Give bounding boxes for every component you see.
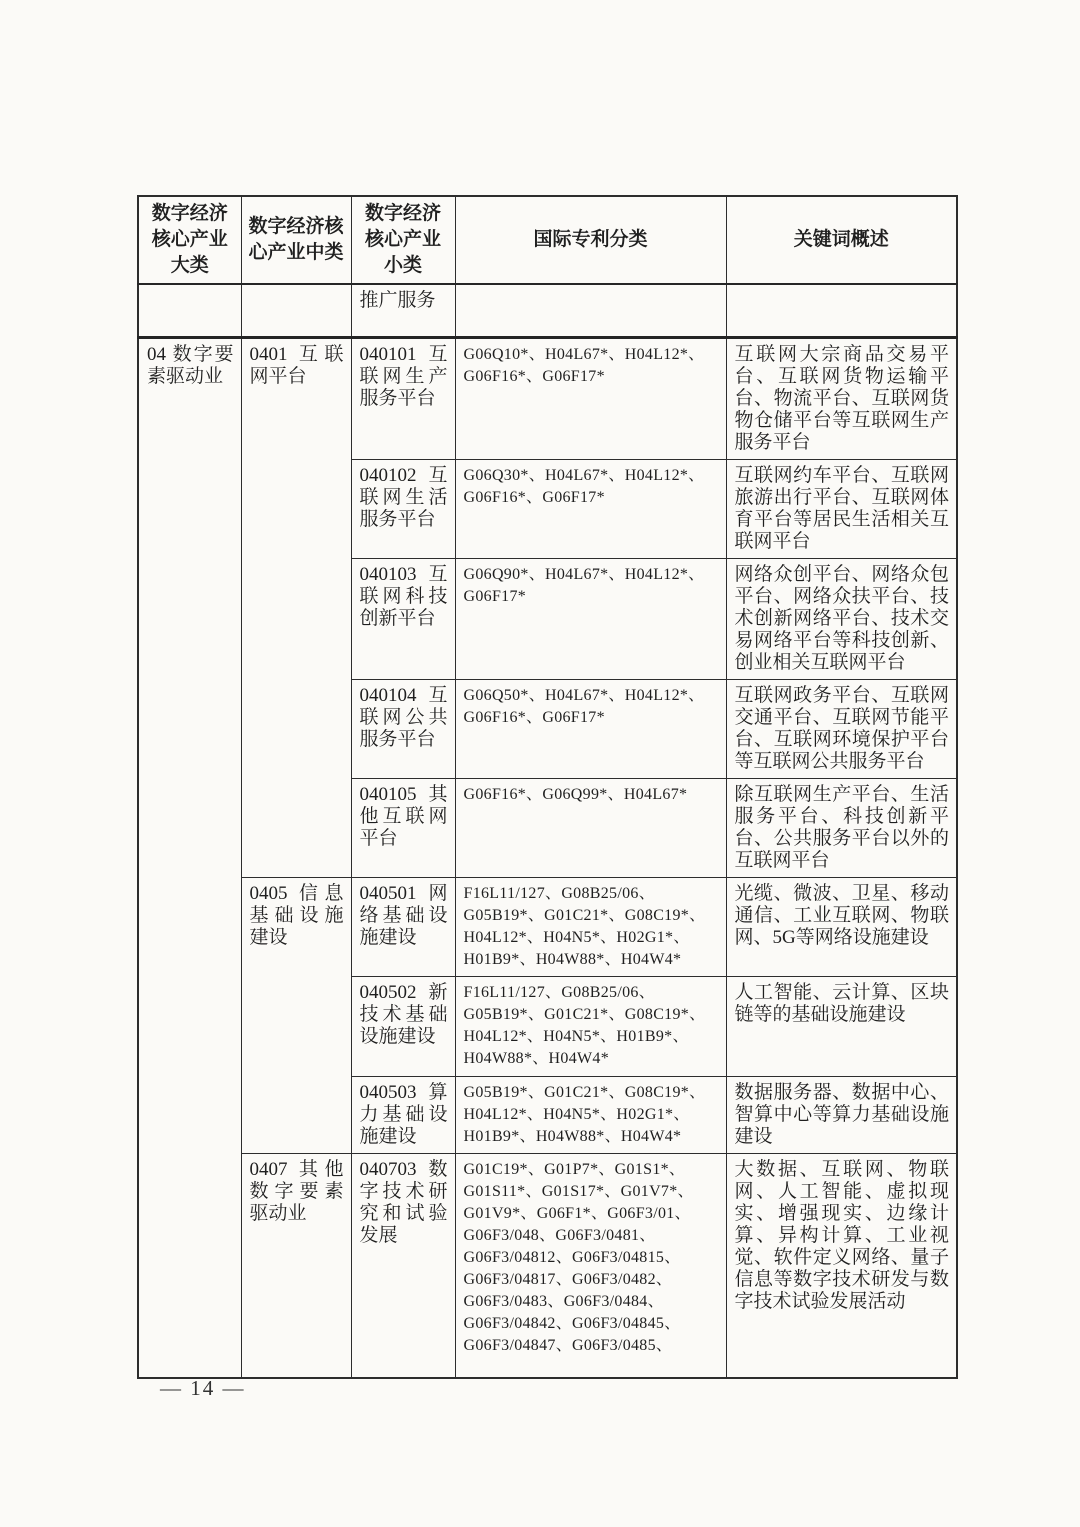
keywords-cell: 互联网约车平台、互联网旅游出行平台、互联网体育平台等居民生活相关互联网平台 xyxy=(726,459,957,558)
table-row-040703: 0407 其他数字要素驱动业 040703 数字技术研究和试验发展 G01C19… xyxy=(138,1153,957,1378)
keywords-cell: 大数据、互联网、物联网、人工智能、虚拟现实、增强现实、边缘计算、异构计算、工业视… xyxy=(726,1153,957,1378)
ipc-cell: G06Q50*、H04L67*、H04L12*、G06F16*、G06F17* xyxy=(455,679,726,778)
small-class-cell: 040101 互联网生产服务平台 xyxy=(351,337,455,459)
ipc-cell: G06F16*、G06Q99*、H04L67* xyxy=(455,778,726,877)
keywords-cell: 除互联网生产平台、生活服务平台、科技创新平台、公共服务平台以外的互联网平台 xyxy=(726,778,957,877)
small-class-cell: 040703 数字技术研究和试验发展 xyxy=(351,1153,455,1378)
ipc-cell: G06Q10*、H04L67*、H04L12*、G06F16*、G06F17* xyxy=(455,337,726,459)
small-class-cell: 040105 其他互联网平台 xyxy=(351,778,455,877)
medium-class-cell-0405: 0405 信息基础设施建设 xyxy=(241,877,351,1153)
ipc-cell: G06Q90*、H04L67*、H04L12*、G06F17* xyxy=(455,558,726,679)
major-class-cell: 04 数字要素驱动业 xyxy=(138,337,241,1378)
classification-table: 数字经济核心产业大类 数字经济核心产业中类 数字经济核心产业小类 国际专利分类 … xyxy=(137,195,958,1379)
small-class-cell: 040501 网络基础设施建设 xyxy=(351,877,455,976)
medium-class-cell-0407: 0407 其他数字要素驱动业 xyxy=(241,1153,351,1378)
carryover-row: 推广服务 xyxy=(138,284,957,337)
small-class-cell: 040103 互联网科技创新平台 xyxy=(351,558,455,679)
keywords-cell: 网络众创平台、网络众包平台、网络众扶平台、技术创新网络平台、技术交易网络平台等科… xyxy=(726,558,957,679)
carryover-medium-class-cell xyxy=(241,284,351,337)
col-header-major-class: 数字经济核心产业大类 xyxy=(138,196,241,284)
col-header-small-class: 数字经济核心产业小类 xyxy=(351,196,455,284)
keywords-cell: 互联网大宗商品交易平台、互联网货物运输平台、物流平台、互联网货物仓储平台等互联网… xyxy=(726,337,957,459)
col-header-keywords: 关键词概述 xyxy=(726,196,957,284)
small-class-cell: 040104 互联网公共服务平台 xyxy=(351,679,455,778)
carryover-ipc-cell xyxy=(455,284,726,337)
carryover-keywords-cell xyxy=(726,284,957,337)
page-number: — 14 — xyxy=(160,1376,246,1401)
small-class-cell: 040102 互联网生活服务平台 xyxy=(351,459,455,558)
col-header-ipc: 国际专利分类 xyxy=(455,196,726,284)
ipc-cell: G06Q30*、H04L67*、H04L12*、G06F16*、G06F17* xyxy=(455,459,726,558)
table-row-040101: 04 数字要素驱动业 0401 互联网平台 040101 互联网生产服务平台 G… xyxy=(138,337,957,459)
table-row-040501: 0405 信息基础设施建设 040501 网络基础设施建设 F16L11/127… xyxy=(138,877,957,976)
keywords-cell: 光缆、微波、卫星、移动通信、工业互联网、物联网、5G等网络设施建设 xyxy=(726,877,957,976)
keywords-cell: 互联网政务平台、互联网交通平台、互联网节能平台、互联网环境保护平台等互联网公共服… xyxy=(726,679,957,778)
document-page: 数字经济核心产业大类 数字经济核心产业中类 数字经济核心产业小类 国际专利分类 … xyxy=(0,0,1080,1527)
small-class-cell: 040503 算力基础设施建设 xyxy=(351,1076,455,1153)
ipc-cell: G01C19*、G01P7*、G01S1*、G01S11*、G01S17*、G0… xyxy=(455,1153,726,1378)
small-class-cell: 040502 新技术基础设施建设 xyxy=(351,976,455,1076)
carryover-small-class-cell: 推广服务 xyxy=(351,284,455,337)
keywords-cell: 数据服务器、数据中心、智算中心等算力基础设施建设 xyxy=(726,1076,957,1153)
ipc-cell: G05B19*、G01C21*、G08C19*、H04L12*、H04N5*、H… xyxy=(455,1076,726,1153)
carryover-major-class-cell xyxy=(138,284,241,337)
ipc-cell: F16L11/127、G08B25/06、G05B19*、G01C21*、G08… xyxy=(455,976,726,1076)
header-row: 数字经济核心产业大类 数字经济核心产业中类 数字经济核心产业小类 国际专利分类 … xyxy=(138,196,957,284)
ipc-cell: F16L11/127、G08B25/06、G05B19*、G01C21*、G08… xyxy=(455,877,726,976)
medium-class-cell-0401: 0401 互联网平台 xyxy=(241,337,351,877)
keywords-cell: 人工智能、云计算、区块链等的基础设施建设 xyxy=(726,976,957,1076)
col-header-medium-class: 数字经济核心产业中类 xyxy=(241,196,351,284)
